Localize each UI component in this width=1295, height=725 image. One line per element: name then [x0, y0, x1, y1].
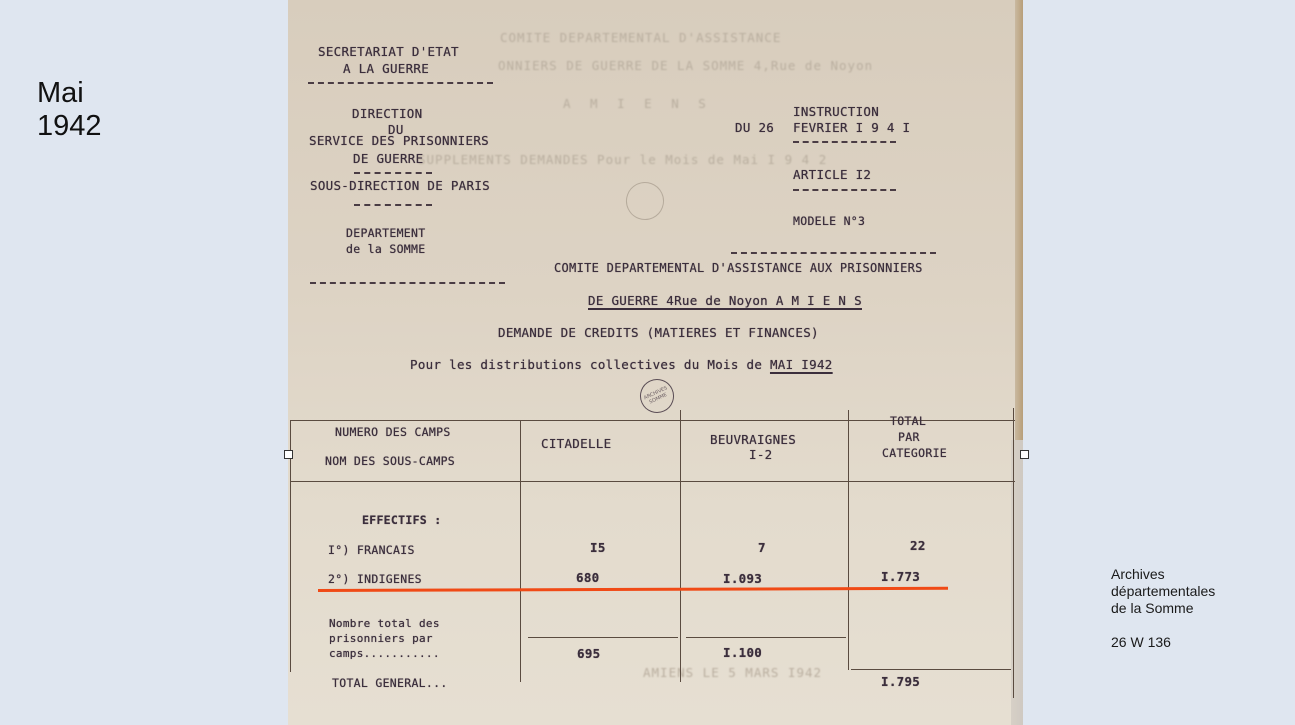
source-line-3: de la Somme: [1111, 600, 1215, 617]
row-label-francais: I°) FRANCAIS: [328, 543, 415, 557]
article-number: ARTICLE I2: [793, 167, 871, 182]
request-subtitle: Pour les distributions collectives du Mo…: [410, 357, 833, 372]
request-title: DEMANDE DE CREDITS (MATIERES ET FINANCES…: [498, 325, 819, 340]
col-divider-1: [520, 420, 521, 682]
divider: [793, 141, 896, 143]
header-beuvraignes-number: I-2: [749, 447, 772, 462]
col-divider-3: [848, 410, 849, 670]
table-header-border: [290, 481, 1015, 482]
instruction-date: FEVRIER I 9 4 I: [793, 120, 910, 135]
instruction-label: INSTRUCTION: [793, 104, 879, 119]
subtotal-line-1: [528, 637, 678, 638]
divider: [354, 204, 432, 206]
ghost-text: COMITE DEPARTEMENTAL D'ASSISTANCE: [500, 30, 781, 45]
camp-total-label-1: Nombre total des: [329, 617, 440, 630]
divider: [310, 282, 505, 284]
source-line-2: départementales: [1111, 583, 1215, 600]
header-secretariat: SECRETARIAT D'ETAT: [318, 44, 459, 59]
ghost-text: SUPPLEMENTS DEMANDES Pour le Mois de Mai…: [418, 152, 827, 167]
header-beuvraignes: BEUVRAIGNES: [710, 432, 796, 447]
ghost-text: A M I E N S: [563, 96, 712, 111]
header-service: SERVICE DES PRISONNIERS: [309, 133, 489, 148]
header-citadelle: CITADELLE: [541, 436, 611, 451]
header-categorie: CATEGORIE: [882, 446, 947, 460]
grand-total-label: TOTAL GENERAL...: [332, 676, 448, 690]
cell-indigenes-citadelle: 680: [576, 570, 599, 585]
header-somme: de la SOMME: [346, 242, 425, 256]
divider: [308, 82, 493, 84]
subtotal-line-2: [686, 637, 846, 638]
divider: [731, 252, 936, 254]
header-subcamp-name: NOM DES SOUS-CAMPS: [325, 454, 455, 468]
slide-title-year: 1942: [37, 110, 102, 143]
slide-title: Mai 1942: [37, 77, 102, 143]
cell-francais-citadelle: I5: [590, 540, 606, 555]
cell-indigenes-total: I.773: [881, 569, 920, 584]
header-guerre: A LA GUERRE: [343, 61, 429, 76]
camp-total-label-3: camps...........: [329, 647, 440, 660]
header-direction: DIRECTION: [352, 106, 422, 121]
header-par: PAR: [898, 430, 920, 444]
camp-total-beuvraignes: I.100: [723, 645, 762, 660]
header-sous-direction: SOUS-DIRECTION DE PARIS: [310, 178, 490, 193]
header-camp-number: NUMERO DES CAMPS: [335, 425, 451, 439]
divider: [354, 172, 432, 174]
paper-edge: [1015, 0, 1023, 440]
instruction-date-prefix: DU 26: [735, 120, 774, 135]
ghost-text: ONNIERS DE GUERRE DE LA SOMME 4,Rue de N…: [498, 58, 873, 73]
request-month: MAI I942: [770, 357, 833, 372]
request-subtitle-text: Pour les distributions collectives du Mo…: [410, 357, 762, 372]
cell-francais-beuvraignes: 7: [758, 540, 766, 555]
header-departement: DEPARTEMENT: [346, 226, 425, 240]
archival-document-image[interactable]: COMITE DEPARTEMENTAL D'ASSISTANCE ONNIER…: [288, 0, 1023, 725]
resize-handle-right[interactable]: [1020, 450, 1029, 459]
table-right-border: [1013, 408, 1014, 698]
committee-name: COMITE DEPARTEMENTAL D'ASSISTANCE AUX PR…: [554, 261, 923, 275]
committee-address: DE GUERRE 4Rue de Noyon A M I E N S: [588, 293, 862, 308]
cell-francais-total: 22: [910, 538, 926, 553]
source-cote: 26 W 136: [1111, 634, 1215, 651]
grand-total-value: I.795: [881, 674, 920, 689]
faint-stamp: [620, 176, 670, 226]
row-label-indigenes: 2°) INDIGENES: [328, 572, 422, 586]
source-citation: Archives départementales de la Somme 26 …: [1111, 566, 1215, 651]
camp-total-label-2: prisonniers par: [329, 632, 433, 645]
header-de-guerre: DE GUERRE: [353, 151, 423, 166]
divider: [793, 189, 896, 191]
col-divider-2: [680, 410, 681, 682]
camp-total-citadelle: 695: [577, 646, 600, 661]
slide-title-month: Mai: [37, 77, 102, 110]
ghost-text: AMIENS LE 5 MARS I942: [643, 665, 822, 680]
total-line: [851, 669, 1011, 670]
resize-handle-left[interactable]: [284, 450, 293, 459]
section-effectifs: EFFECTIFS :: [362, 513, 441, 527]
cell-indigenes-beuvraignes: I.093: [723, 571, 762, 586]
source-line-1: Archives: [1111, 566, 1215, 583]
modele-number: MODELE N°3: [793, 214, 865, 228]
archives-stamp: ARCHIVES SOMME: [634, 373, 679, 418]
header-total: TOTAL: [890, 414, 926, 428]
